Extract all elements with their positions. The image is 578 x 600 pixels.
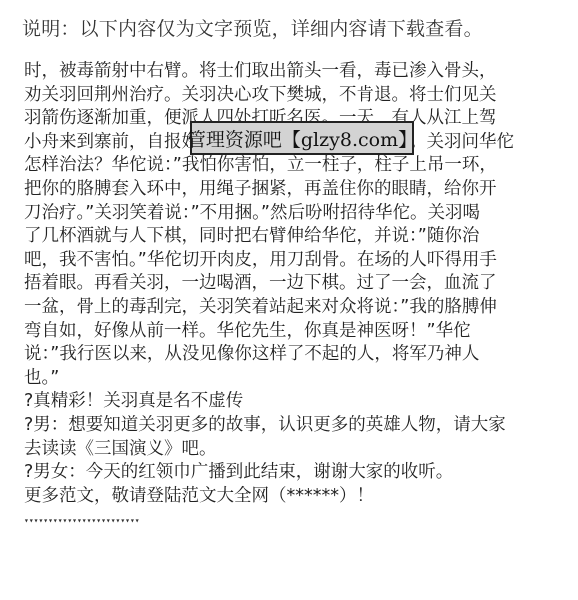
text-line: 怎样治法？华佗说：”我怕你害怕，立一柱子，柱子上吊一环， bbox=[24, 154, 564, 178]
text-line: 把你的胳膊套入环中，用绳子捆紧，再盖住你的眼睛，给你开 bbox=[24, 178, 564, 202]
text-line: 了几杯酒就与人下棋，同时把右臂伸给华佗，并说：”随你治 bbox=[24, 225, 564, 249]
text-line: ?男：想要知道关羽更多的故事，认识更多的英雄人物，请大家 bbox=[24, 414, 564, 438]
text-line: ?男女：今天的红领巾广播到此结束，谢谢大家的收听。 bbox=[24, 461, 564, 485]
text-line: 说：”我行医以来，从没见像你这样了不起的人，将军乃神人 bbox=[24, 343, 564, 367]
text-line: 去读读《三国演义》吧。 bbox=[24, 438, 564, 462]
text-line: 捂着眼。再看关羽，一边喝酒，一边下棋。过了一会，血流了 bbox=[24, 272, 564, 296]
watermark-stamp: 管理资源吧【glzy8.com】 bbox=[190, 121, 414, 155]
text-line: 吧，我不害怕。”华佗切开肉皮，用刀刮骨。在场的人吓得用手 bbox=[24, 249, 564, 273]
text-line: ?真精彩！关羽真是名不虚传 bbox=[24, 390, 564, 414]
text-line: 刀治疗。”关羽笑着说：”不用捆。”然后吩咐招待华佗。关羽喝 bbox=[24, 202, 564, 226]
text-line: 时，被毒箭射中右臂。将士们取出箭头一看，毒已渗入骨头， bbox=[24, 60, 564, 84]
preview-notice: 说明：以下内容仅为文字预览，详细内容请下载查看。 bbox=[22, 14, 483, 41]
text-line: 一盆，骨上的毒刮完，关羽笑着站起来对众将说：”我的胳膊伸 bbox=[24, 296, 564, 320]
text-line: 劝关羽回荆州治疗。关羽决心攻下樊城，不肯退。将士们见关 bbox=[24, 84, 564, 108]
text-line: 更多范文，敬请登陆范文大全网（******）！ bbox=[24, 485, 564, 509]
watermark-text: 管理资源吧【glzy8.com】 bbox=[187, 125, 417, 152]
text-line: 也。” bbox=[24, 367, 564, 391]
dotted-separator: ▾▾▾▾▾▾▾▾▾▾▾▾▾▾▾▾▾▾▾▾▾▾▾▾ bbox=[24, 516, 564, 526]
text-line: 弯自如，好像从前一样。华佗先生，你真是神医呀！”华佗 bbox=[24, 320, 564, 344]
